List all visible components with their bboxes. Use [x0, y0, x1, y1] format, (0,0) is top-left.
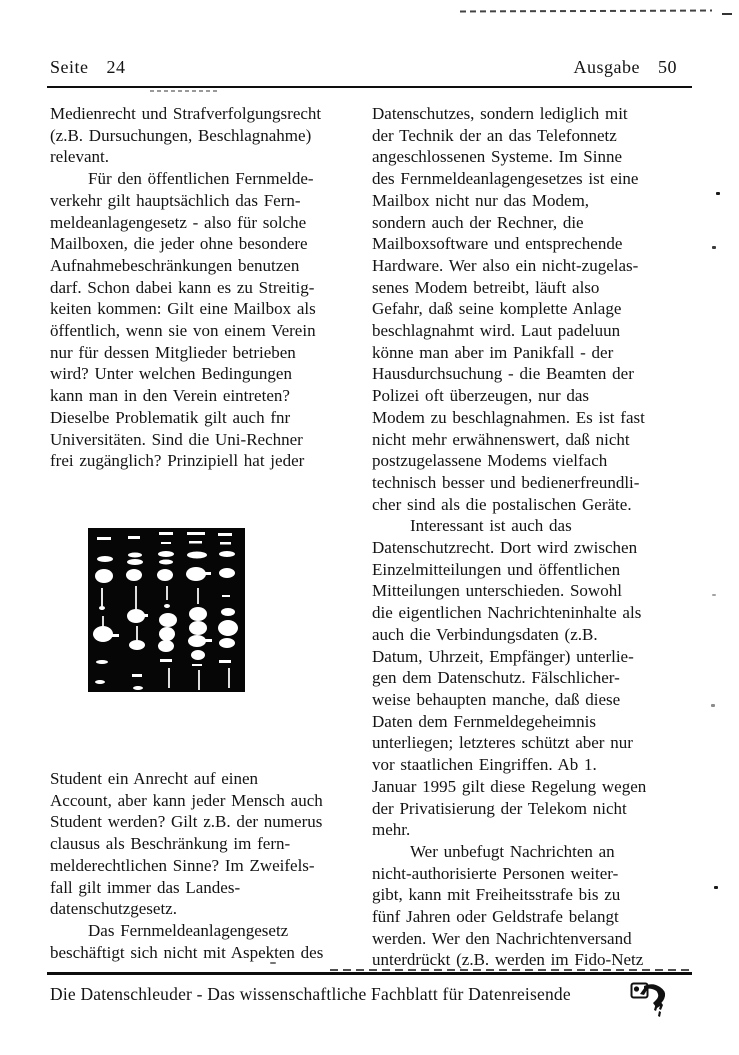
- text-line: Daten dem Fernmeldegeheimnis: [372, 711, 704, 733]
- text-line: Datum, Uhrzeit, Empfänger) unterlie-: [372, 646, 704, 668]
- text-line: fünf Jahren oder Geldstrafe belangt: [372, 906, 704, 928]
- text-line: meldeanlagengesetz - also für solche: [50, 212, 366, 234]
- text-line: sondern auch der Rechner, die: [372, 212, 704, 234]
- text-line: senes Modem betreibt, läuft also: [372, 277, 704, 299]
- text-line: Student werden? Gilt z.B. der numerus: [50, 811, 366, 833]
- issue-number-value: 50: [658, 57, 677, 77]
- scan-speck: [714, 886, 718, 889]
- text-line: Gefahr, daß seine komplette Anlage: [372, 298, 704, 320]
- issue-number: Ausgabe50: [574, 57, 677, 78]
- scan-speck: [711, 704, 715, 707]
- text-line: gibt, kann mit Freiheitsstrafe bis zu: [372, 884, 704, 906]
- text-line: Hausdurchsuchung - die Beamten der: [372, 363, 704, 385]
- text-line: die eigentlichen Nachrichteninhalte als: [372, 602, 704, 624]
- scan-speck: [712, 246, 716, 249]
- text-line: könne man aber im Panikfall - der: [372, 342, 704, 364]
- text-line: darf. Schon dabei kann es zu Streitig-: [50, 277, 366, 299]
- page-number-label: Seite: [50, 57, 89, 77]
- text-line: Modem zu beschlagnahmen. Es ist fast: [372, 407, 704, 429]
- text-line: der Privatisierung der Telekom nicht: [372, 798, 704, 820]
- scan-smudge: [150, 90, 220, 92]
- text-line: beschäftigt sich nicht mit Aspekten des: [50, 942, 366, 964]
- text-line: Mailbox nicht nur das Modem,: [372, 190, 704, 212]
- text-line: nur für dessen Mitglieder betrieben: [50, 342, 366, 364]
- text-line: postzugelassene Modems vielfach: [372, 450, 704, 472]
- text-line: werden. Wer den Nachrichtenversand: [372, 928, 704, 950]
- text-line: unterliegen; letzteres schützt aber nur: [372, 732, 704, 754]
- page-number-value: 24: [107, 57, 126, 77]
- text-line: Interessant ist auch das: [372, 515, 704, 537]
- text-line: Universitäten. Sind die Uni-Rechner: [50, 429, 366, 451]
- scan-speck: [716, 192, 720, 195]
- text-line: clausus als Beschränkung im fern-: [50, 833, 366, 855]
- text-line: (z.B. Dursuchungen, Beschlagnahme): [50, 125, 366, 147]
- footer-rule: [47, 972, 692, 975]
- left-column-text-block-1: Medienrecht und Strafverfolgungsrecht(z.…: [50, 103, 366, 472]
- text-line: Hardware. Wer also ein nicht-zugelas-: [372, 255, 704, 277]
- text-line: Student ein Anrecht auf einen: [50, 768, 366, 790]
- text-line: Datenschutzrecht. Dort wird zwischen: [372, 537, 704, 559]
- page-number: Seite24: [50, 57, 126, 78]
- text-line: keiten kommen: Gilt eine Mailbox als: [50, 298, 366, 320]
- text-line: beschlagnahmt wird. Laut padeluun: [372, 320, 704, 342]
- text-line: datenschutzgesetz.: [50, 898, 366, 920]
- text-line: melderechtlichen Sinne? Im Zweifels-: [50, 855, 366, 877]
- text-line: fall gilt immer das Landes-: [50, 877, 366, 899]
- left-column-text-block-2: Student ein Anrecht auf einenAccount, ab…: [50, 768, 366, 963]
- text-line: frei zugänglich? Prinzipiell hat jeder: [50, 450, 366, 472]
- text-line: Dieselbe Problematik gilt auch fnr: [50, 407, 366, 429]
- scan-noise-dash: [722, 13, 732, 15]
- footer-rule-dashes: [330, 969, 690, 971]
- text-line: vor staatlichen Eingriffen. Ab 1.: [372, 754, 704, 776]
- text-line: mehr.: [372, 819, 704, 841]
- text-line: Für den öffentlichen Fernmelde-: [50, 168, 366, 190]
- text-line: Medienrecht und Strafverfolgungsrecht: [50, 103, 366, 125]
- text-line: cher sind als die postalischen Geräte.: [372, 494, 704, 516]
- issue-number-label: Ausgabe: [574, 57, 640, 77]
- text-line: Polizei oft überzeugen, nur das: [372, 385, 704, 407]
- text-line: verkehr gilt hauptsächlich das Fern-: [50, 190, 366, 212]
- text-line: Mailboxsoftware und entsprechende: [372, 233, 704, 255]
- text-line: öffentlich, wenn sie von einem Verein: [50, 320, 366, 342]
- text-line: auch die Verbindungsdaten (z.B.: [372, 624, 704, 646]
- text-line: Account, aber kann jeder Mensch auch: [50, 790, 366, 812]
- text-line: technisch besser und bedienerfreundli-: [372, 472, 704, 494]
- footer-masthead: Die Datenschleuder - Das wissenschaftlic…: [50, 984, 571, 1005]
- scan-speck: [712, 594, 716, 596]
- halftone-photo-graphic: [88, 528, 245, 692]
- text-line: Datenschutzes, sondern lediglich mit: [372, 103, 704, 125]
- text-line: gen dem Datenschutz. Fälschlicher-: [372, 667, 704, 689]
- text-line: des Fernmeldeanlagengesetzes ist eine: [372, 168, 704, 190]
- text-line: relevant.: [50, 146, 366, 168]
- text-line: unterdrückt (z.B. werden im Fido-Netz: [372, 949, 704, 971]
- text-line: Das Fernmeldeanlagengesetz: [50, 920, 366, 942]
- text-line: angeschlossenen Systeme. Im Sinne: [372, 146, 704, 168]
- datenschleuder-hand-logo-icon: [630, 980, 674, 1020]
- text-line: Wer unbefugt Nachrichten an: [372, 841, 704, 863]
- text-line: Januar 1995 gilt diese Regelung wegen: [372, 776, 704, 798]
- right-column-text-block: Datenschutzes, sondern lediglich mitder …: [372, 103, 704, 971]
- scanned-magazine-page: Seite24 Ausgabe50 Medienrecht und Strafv…: [0, 0, 739, 1055]
- text-line: nicht-authorisierte Personen weiter-: [372, 863, 704, 885]
- header-rule: [47, 86, 692, 88]
- text-line: Aufnahmebeschränkungen benutzen: [50, 255, 366, 277]
- text-line: kann man in den Verein eintreten?: [50, 385, 366, 407]
- text-line: wird? Unter welchen Bedingungen: [50, 363, 366, 385]
- article-photo: [88, 528, 245, 692]
- scan-noise-dashes: [460, 10, 712, 13]
- text-line: Einzelmitteilungen und öffentlichen: [372, 559, 704, 581]
- text-line: Mailboxen, die jeder ohne besondere: [50, 233, 366, 255]
- text-line: der Technik der an das Telefonnetz: [372, 125, 704, 147]
- text-line: weise behaupten manche, daß diese: [372, 689, 704, 711]
- text-line: nicht mehr erwähnenswert, daß nicht: [372, 429, 704, 451]
- text-line: Mitteilungen unterschieden. Sowohl: [372, 580, 704, 602]
